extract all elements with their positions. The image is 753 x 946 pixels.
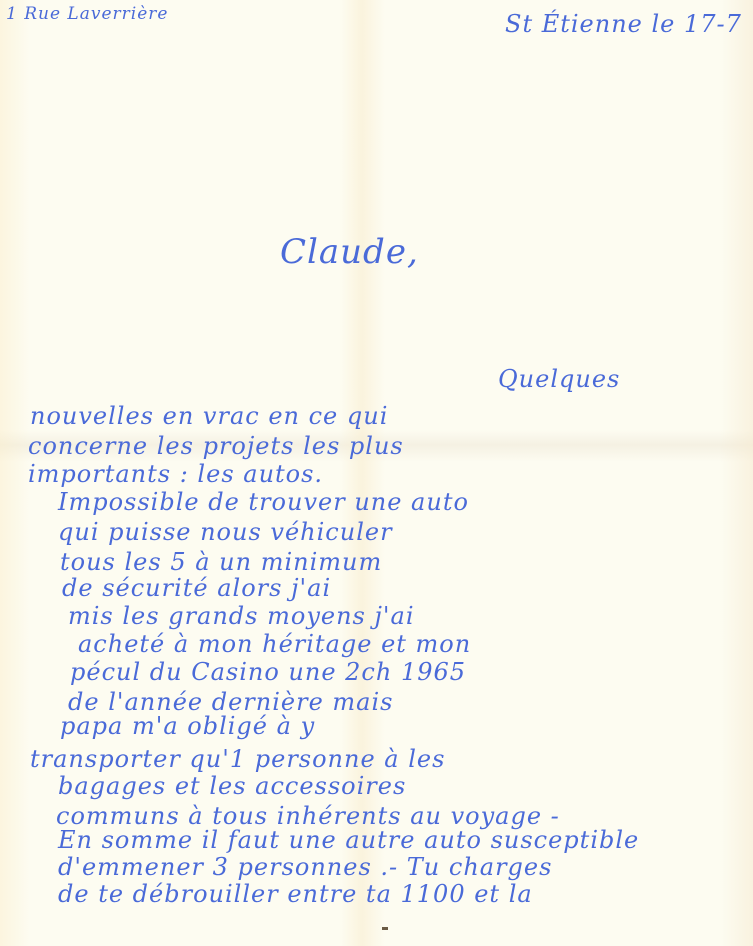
body-line: papa m'a obligé à y: [60, 712, 315, 740]
salutation: Claude,: [280, 232, 419, 272]
body-line: qui puisse nous véhiculer: [58, 518, 393, 546]
body-line: Quelques: [498, 365, 620, 393]
body-line: nouvelles en vrac en ce qui: [30, 402, 388, 430]
sender-address: 1 Rue Laverrière: [6, 4, 168, 24]
body-line: mis les grands moyens j'ai: [68, 602, 415, 630]
body-line: de sécurité alors j'ai: [62, 574, 331, 602]
paper-mark: [382, 927, 388, 930]
body-line: pécul du Casino une 2ch 1965: [70, 658, 466, 686]
body-line: importants : les autos.: [28, 460, 323, 488]
body-line: d'emmener 3 personnes .- Tu charges: [58, 853, 552, 881]
body-line: acheté à mon héritage et mon: [78, 630, 471, 658]
body-line: concerne les projets les plus: [28, 432, 404, 460]
body-line: bagages et les accessoires: [58, 772, 406, 800]
body-line: transporter qu'1 personne à les: [30, 745, 445, 773]
body-line: tous les 5 à un minimum: [60, 548, 382, 576]
body-line: Impossible de trouver une auto: [58, 488, 469, 516]
body-line: de te débrouiller entre ta 1100 et la: [58, 880, 533, 908]
body-line: En somme il faut une autre auto suscepti…: [58, 826, 639, 854]
letter-date: St Étienne le 17-7: [505, 10, 742, 38]
